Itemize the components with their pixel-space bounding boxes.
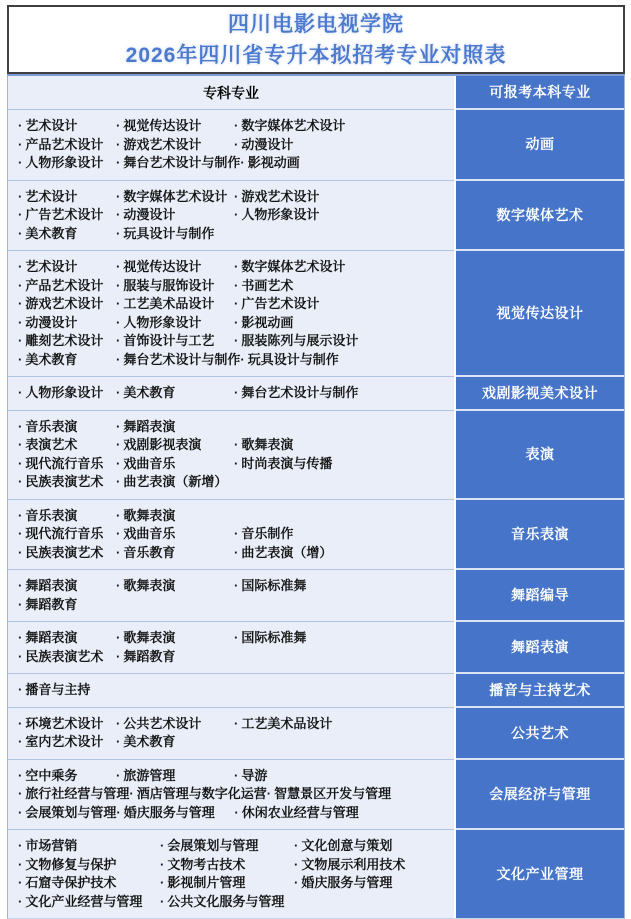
bullet-icon: · <box>234 277 238 296</box>
table-row-specialties: ·空中乘务·旅游管理·导游·旅行社经营与管理·酒店管理与数字化运营·智慧景区开发… <box>8 760 454 831</box>
bullet-icon: · <box>18 733 22 752</box>
specialty-item: ·工艺美术品设计 <box>116 295 234 314</box>
specialty-item: ·数字媒体艺术设计 <box>234 258 345 277</box>
bullet-icon: · <box>18 332 22 351</box>
bullet-icon: · <box>18 544 22 563</box>
specialty-item: ·民族表演艺术 <box>18 544 116 563</box>
table-row-specialties: ·艺术设计·视觉传达设计·数字媒体艺术设计·产品艺术设计·服装与服饰设计·书画艺… <box>8 251 454 377</box>
specialty-item: ·文物考古技术 <box>160 856 294 875</box>
bachelor-major-cell: 舞蹈编导 <box>456 570 624 622</box>
specialty-item: ·动漫设计 <box>116 206 234 225</box>
specialty-item: ·美术教育 <box>18 351 116 370</box>
specialty-item: ·人物形象设计 <box>18 384 116 403</box>
specialty-line: ·产品艺术设计·游戏艺术设计·动漫设计 <box>18 136 450 155</box>
specialty-item: ·服装与服饰设计 <box>116 277 234 296</box>
page-subtitle: 2026年四川省专升本拟招考专业对照表 <box>126 40 507 71</box>
specialty-item: ·雕刻艺术设计 <box>18 332 116 351</box>
bullet-icon: · <box>116 136 120 155</box>
bullet-icon: · <box>240 351 244 370</box>
specialty-line: ·现代流行音乐·戏曲音乐·音乐制作 <box>18 525 450 544</box>
bullet-icon: · <box>116 384 120 403</box>
bullet-icon: · <box>18 648 22 667</box>
specialty-item: ·民族表演艺术 <box>18 648 116 667</box>
specialty-item: ·婚庆服务与管理 <box>294 874 392 893</box>
specialty-line: ·美术教育·玩具设计与制作 <box>18 225 450 244</box>
specialty-item: ·播音与主持 <box>18 681 116 700</box>
bachelor-major-label: 视觉传达设计 <box>497 303 584 323</box>
specialty-line: ·美术教育·舞台艺术设计与制作·玩具设计与制作 <box>18 351 450 370</box>
bullet-icon: · <box>234 295 238 314</box>
bachelor-major-label: 戏剧影视美术设计 <box>482 383 598 403</box>
specialty-line: ·音乐表演·舞蹈表演 <box>18 418 450 437</box>
bullet-icon: · <box>18 874 22 893</box>
specialty-item: ·动漫设计 <box>234 136 293 155</box>
bullet-icon: · <box>234 577 238 596</box>
specialty-item: ·游戏艺术设计 <box>234 188 319 207</box>
bullet-icon: · <box>234 314 238 333</box>
bullet-icon: · <box>116 188 120 207</box>
bullet-icon: · <box>116 577 120 596</box>
specialty-item: ·人物形象设计 <box>116 314 234 333</box>
specialty-item: ·现代流行音乐 <box>18 455 116 474</box>
table-row-specialties: ·人物形象设计·美术教育·舞台艺术设计与制作 <box>8 377 454 411</box>
specialty-item: ·歌舞表演 <box>116 507 234 526</box>
specialty-item: ·环境艺术设计 <box>18 715 116 734</box>
bullet-icon: · <box>160 874 164 893</box>
bullet-icon: · <box>116 804 120 823</box>
specialty-item: ·广告艺术设计 <box>18 206 116 225</box>
bullet-icon: · <box>234 206 238 225</box>
specialty-line: ·石窟寺保护技术·影视制片管理·婚庆服务与管理 <box>18 874 450 893</box>
specialty-item: ·国际标准舞 <box>234 577 306 596</box>
specialty-item: ·会展策划与管理 <box>18 804 116 823</box>
specialty-item: ·表演艺术 <box>18 436 116 455</box>
bachelor-major-label: 公共艺术 <box>511 723 569 743</box>
bullet-icon: · <box>116 418 120 437</box>
specialty-line: ·民族表演艺术·舞蹈教育 <box>18 648 450 667</box>
bullet-icon: · <box>18 295 22 314</box>
bullet-icon: · <box>160 856 164 875</box>
bullet-icon: · <box>18 206 22 225</box>
bullet-icon: · <box>18 314 22 333</box>
specialty-item: ·文化创意与策划 <box>294 837 392 856</box>
bullet-icon: · <box>18 136 22 155</box>
specialty-item: ·艺术设计 <box>18 258 116 277</box>
specialty-item: ·休闲农业经营与管理 <box>234 804 358 823</box>
specialty-item: ·服装陈列与展示设计 <box>234 332 358 351</box>
specialty-item: ·舞蹈教育 <box>116 648 234 667</box>
bachelor-major-label: 舞蹈表演 <box>511 637 569 657</box>
specialty-line: ·表演艺术·戏剧影视表演·歌舞表演 <box>18 436 450 455</box>
bullet-icon: · <box>18 629 22 648</box>
specialty-line: ·艺术设计·视觉传达设计·数字媒体艺术设计 <box>18 117 450 136</box>
table-row-specialties: ·艺术设计·视觉传达设计·数字媒体艺术设计·产品艺术设计·游戏艺术设计·动漫设计… <box>8 110 454 181</box>
specialty-item: ·室内艺术设计 <box>18 733 116 752</box>
specialty-item: ·曲艺表演（增） <box>234 544 332 563</box>
bullet-icon: · <box>294 874 298 893</box>
specialty-item: ·广告艺术设计 <box>234 295 319 314</box>
bullet-icon: · <box>18 596 22 615</box>
specialty-item: ·首饰设计与工艺 <box>116 332 234 351</box>
specialty-item: ·婚庆服务与管理 <box>116 804 234 823</box>
bullet-icon: · <box>294 837 298 856</box>
bullet-icon: · <box>116 351 120 370</box>
specialty-item: ·影视动画 <box>240 154 299 173</box>
bullet-icon: · <box>116 525 120 544</box>
specialty-item: ·市场营销 <box>18 837 160 856</box>
specialty-item: ·公共文化服务与管理 <box>160 893 294 912</box>
bullet-icon: · <box>18 715 22 734</box>
bullet-icon: · <box>234 136 238 155</box>
specialty-line: ·动漫设计·人物形象设计·影视动画 <box>18 314 450 333</box>
bullet-icon: · <box>234 384 238 403</box>
bullet-icon: · <box>18 767 22 786</box>
bachelor-major-cell: 播音与主持艺术 <box>456 674 624 708</box>
specialty-line: ·音乐表演·歌舞表演 <box>18 507 450 526</box>
specialty-item: ·视觉传达设计 <box>116 117 234 136</box>
specialty-line: ·人物形象设计·美术教育·舞台艺术设计与制作 <box>18 384 450 403</box>
bullet-icon: · <box>116 507 120 526</box>
specialty-item: ·时尚表演与传播 <box>234 455 332 474</box>
specialty-item: ·酒店管理与数字化运营 <box>129 785 266 804</box>
bullet-icon: · <box>234 332 238 351</box>
specialty-line: ·雕刻艺术设计·首饰设计与工艺·服装陈列与展示设计 <box>18 332 450 351</box>
bullet-icon: · <box>18 117 22 136</box>
specialty-line: ·播音与主持 <box>18 681 450 700</box>
bullet-icon: · <box>294 856 298 875</box>
bachelor-major-cell: 会展经济与管理 <box>456 760 624 831</box>
specialty-item: ·文物展示利用技术 <box>294 856 405 875</box>
specialty-item: ·舞台艺术设计与制作 <box>116 154 240 173</box>
specialty-item: ·音乐表演 <box>18 418 116 437</box>
bullet-icon: · <box>116 258 120 277</box>
specialty-item: ·文物修复与保护 <box>18 856 160 875</box>
bullet-icon: · <box>129 785 133 804</box>
specialty-item: ·公共艺术设计 <box>116 715 234 734</box>
bullet-icon: · <box>18 837 22 856</box>
specialty-item: ·玩具设计与制作 <box>240 351 338 370</box>
bullet-icon: · <box>234 629 238 648</box>
specialty-item: ·舞蹈教育 <box>18 596 116 615</box>
specialty-item: ·数字媒体艺术设计 <box>116 188 234 207</box>
bullet-icon: · <box>234 436 238 455</box>
specialty-item: ·音乐教育 <box>116 544 234 563</box>
bullet-icon: · <box>116 314 120 333</box>
specialty-line: ·市场营销·会展策划与管理·文化创意与策划 <box>18 837 450 856</box>
bullet-icon: · <box>18 804 22 823</box>
bullet-icon: · <box>18 893 22 912</box>
bullet-icon: · <box>160 893 164 912</box>
bullet-icon: · <box>18 577 22 596</box>
bullet-icon: · <box>18 785 22 804</box>
bachelor-major-cell: 舞蹈表演 <box>456 622 624 674</box>
bullet-icon: · <box>116 225 120 244</box>
specialty-line: ·艺术设计·视觉传达设计·数字媒体艺术设计 <box>18 258 450 277</box>
specialty-line: ·舞蹈表演·歌舞表演·国际标准舞 <box>18 577 450 596</box>
table-row-specialties: ·市场营销·会展策划与管理·文化创意与策划·文物修复与保护·文物考古技术·文物展… <box>8 830 454 918</box>
bullet-icon: · <box>18 473 22 492</box>
title-box: 四川电影电视学院 2026年四川省专升本拟招考专业对照表 <box>7 5 625 74</box>
specialty-item: ·戏曲音乐 <box>116 455 234 474</box>
bullet-icon: · <box>18 507 22 526</box>
specialty-item: ·音乐表演 <box>18 507 116 526</box>
specialty-item: ·空中乘务 <box>18 767 116 786</box>
specialty-item: ·旅游管理 <box>116 767 234 786</box>
specialty-item: ·导游 <box>234 767 267 786</box>
specialty-item: ·国际标准舞 <box>234 629 306 648</box>
bullet-icon: · <box>116 473 120 492</box>
specialty-item: ·产品艺术设计 <box>18 136 116 155</box>
specialty-line: ·文化产业经营与管理·公共文化服务与管理 <box>18 893 450 912</box>
specialty-item: ·人物形象设计 <box>234 206 319 225</box>
specialty-item: ·游戏艺术设计 <box>116 136 234 155</box>
bachelor-major-cell: 动画 <box>456 110 624 181</box>
table-row-specialties: ·艺术设计·数字媒体艺术设计·游戏艺术设计·广告艺术设计·动漫设计·人物形象设计… <box>8 181 454 252</box>
bullet-icon: · <box>18 188 22 207</box>
bullet-icon: · <box>234 455 238 474</box>
page: 四川电影电视学院 2026年四川省专升本拟招考专业对照表 专科专业 可报考本科专… <box>0 0 631 913</box>
bullet-icon: · <box>234 767 238 786</box>
specialty-item: ·艺术设计 <box>18 188 116 207</box>
bullet-icon: · <box>18 525 22 544</box>
bachelor-major-label: 音乐表演 <box>511 524 569 544</box>
bullet-icon: · <box>234 525 238 544</box>
specialty-item: ·视觉传达设计 <box>116 258 234 277</box>
specialty-item: ·美术教育 <box>18 225 116 244</box>
specialty-item: ·舞蹈表演 <box>116 418 234 437</box>
specialty-item: ·舞台艺术设计与制作 <box>116 351 240 370</box>
table-row-specialties: ·音乐表演·歌舞表演·现代流行音乐·戏曲音乐·音乐制作·民族表演艺术·音乐教育·… <box>8 500 454 571</box>
bullet-icon: · <box>116 455 120 474</box>
specialty-line: ·广告艺术设计·动漫设计·人物形象设计 <box>18 206 450 225</box>
specialty-line: ·舞蹈表演·歌舞表演·国际标准舞 <box>18 629 450 648</box>
specialty-item: ·智慧景区开发与管理 <box>267 785 391 804</box>
specialty-item: ·舞蹈表演 <box>18 577 116 596</box>
bullet-icon: · <box>116 295 120 314</box>
bullet-icon: · <box>160 837 164 856</box>
bachelor-major-label: 舞蹈编导 <box>511 585 569 605</box>
specialty-line: ·民族表演艺术·音乐教育·曲艺表演（增） <box>18 544 450 563</box>
bullet-icon: · <box>116 277 120 296</box>
specialty-item: ·舞台艺术设计与制作 <box>234 384 358 403</box>
bullet-icon: · <box>18 418 22 437</box>
specialty-item: ·美术教育 <box>116 384 234 403</box>
specialty-item: ·工艺美术品设计 <box>234 715 332 734</box>
specialty-item: ·石窟寺保护技术 <box>18 874 160 893</box>
specialty-item: ·美术教育 <box>116 733 234 752</box>
bullet-icon: · <box>18 681 22 700</box>
table-row-specialties: ·播音与主持 <box>8 674 454 708</box>
bullet-icon: · <box>234 804 238 823</box>
table-row-specialties: ·舞蹈表演·歌舞表演·国际标准舞·舞蹈教育 <box>8 570 454 622</box>
column-header-specialty-label: 专科专业 <box>203 83 259 103</box>
majors-table: 专科专业 可报考本科专业 ·艺术设计·视觉传达设计·数字媒体艺术设计·产品艺术设… <box>7 74 625 919</box>
specialty-item: ·产品艺术设计 <box>18 277 116 296</box>
bullet-icon: · <box>116 436 120 455</box>
specialty-line: ·舞蹈教育 <box>18 596 450 615</box>
specialty-item: ·戏曲音乐 <box>116 525 234 544</box>
bullet-icon: · <box>116 154 120 173</box>
bullet-icon: · <box>18 225 22 244</box>
specialty-item: ·舞蹈表演 <box>18 629 116 648</box>
bullet-icon: · <box>116 629 120 648</box>
bachelor-major-cell: 公共艺术 <box>456 708 624 760</box>
table-row-specialties: ·环境艺术设计·公共艺术设计·工艺美术品设计·室内艺术设计·美术教育 <box>8 708 454 760</box>
specialty-item: ·歌舞表演 <box>116 629 234 648</box>
bullet-icon: · <box>234 258 238 277</box>
bullet-icon: · <box>116 544 120 563</box>
bullet-icon: · <box>234 715 238 734</box>
specialty-item: ·游戏艺术设计 <box>18 295 116 314</box>
bullet-icon: · <box>18 384 22 403</box>
table-row-specialties: ·舞蹈表演·歌舞表演·国际标准舞·民族表演艺术·舞蹈教育 <box>8 622 454 674</box>
page-title: 四川电影电视学院 <box>228 9 404 40</box>
specialty-item: ·曲艺表演（新增） <box>116 473 234 492</box>
specialty-line: ·旅行社经营与管理·酒店管理与数字化运营·智慧景区开发与管理 <box>18 785 450 804</box>
specialty-item: ·音乐制作 <box>234 525 293 544</box>
specialty-item: ·数字媒体艺术设计 <box>234 117 345 136</box>
bachelor-major-label: 会展经济与管理 <box>489 784 591 804</box>
specialty-line: ·空中乘务·旅游管理·导游 <box>18 767 450 786</box>
bullet-icon: · <box>18 436 22 455</box>
specialty-line: ·文物修复与保护·文物考古技术·文物展示利用技术 <box>18 856 450 875</box>
table-row-specialties: ·音乐表演·舞蹈表演·表演艺术·戏剧影视表演·歌舞表演·现代流行音乐·戏曲音乐·… <box>8 411 454 500</box>
bachelor-major-label: 文化产业管理 <box>497 864 584 884</box>
specialty-line: ·室内艺术设计·美术教育 <box>18 733 450 752</box>
bullet-icon: · <box>116 206 120 225</box>
bullet-icon: · <box>267 785 271 804</box>
specialty-item: ·书画艺术 <box>234 277 293 296</box>
specialty-item: ·歌舞表演 <box>234 436 293 455</box>
specialty-item: ·民族表演艺术 <box>18 473 116 492</box>
bachelor-major-cell: 视觉传达设计 <box>456 251 624 377</box>
column-header-bachelor: 可报考本科专业 <box>456 76 624 110</box>
specialty-line: ·民族表演艺术·曲艺表演（新增） <box>18 473 450 492</box>
bachelor-major-cell: 数字媒体艺术 <box>456 181 624 252</box>
bachelor-major-cell: 表演 <box>456 411 624 500</box>
specialty-item: ·人物形象设计 <box>18 154 116 173</box>
bachelor-major-label: 播音与主持艺术 <box>489 680 591 700</box>
bullet-icon: · <box>116 767 120 786</box>
bullet-icon: · <box>18 856 22 875</box>
bachelor-major-label: 数字媒体艺术 <box>497 205 584 225</box>
bachelor-major-cell: 戏剧影视美术设计 <box>456 377 624 411</box>
bullet-icon: · <box>116 117 120 136</box>
specialty-item: ·戏剧影视表演 <box>116 436 234 455</box>
bullet-icon: · <box>116 648 120 667</box>
bullet-icon: · <box>18 455 22 474</box>
specialty-line: ·现代流行音乐·戏曲音乐·时尚表演与传播 <box>18 455 450 474</box>
specialty-line: ·人物形象设计·舞台艺术设计与制作·影视动画 <box>18 154 450 173</box>
bachelor-major-label: 动画 <box>526 134 555 154</box>
bullet-icon: · <box>18 258 22 277</box>
bullet-icon: · <box>18 154 22 173</box>
bullet-icon: · <box>116 332 120 351</box>
specialty-item: ·会展策划与管理 <box>160 837 294 856</box>
specialty-item: ·玩具设计与制作 <box>116 225 234 244</box>
bachelor-major-cell: 文化产业管理 <box>456 830 624 918</box>
bullet-icon: · <box>234 117 238 136</box>
column-header-bachelor-label: 可报考本科专业 <box>489 82 591 102</box>
bullet-icon: · <box>234 544 238 563</box>
specialty-item: ·影视制片管理 <box>160 874 294 893</box>
bullet-icon: · <box>18 277 22 296</box>
bullet-icon: · <box>116 733 120 752</box>
specialty-item: ·歌舞表演 <box>116 577 234 596</box>
bullet-icon: · <box>116 715 120 734</box>
bullet-icon: · <box>234 188 238 207</box>
specialty-item: ·影视动画 <box>234 314 293 333</box>
bachelor-major-label: 表演 <box>526 444 555 464</box>
specialty-line: ·环境艺术设计·公共艺术设计·工艺美术品设计 <box>18 715 450 734</box>
bullet-icon: · <box>18 351 22 370</box>
specialty-line: ·艺术设计·数字媒体艺术设计·游戏艺术设计 <box>18 188 450 207</box>
specialty-line: ·产品艺术设计·服装与服饰设计·书画艺术 <box>18 277 450 296</box>
specialty-item: ·文化产业经营与管理 <box>18 893 160 912</box>
bullet-icon: · <box>240 154 244 173</box>
specialty-item: ·旅行社经营与管理 <box>18 785 129 804</box>
specialty-item: ·艺术设计 <box>18 117 116 136</box>
column-header-specialty: 专科专业 <box>8 76 454 110</box>
specialty-line: ·游戏艺术设计·工艺美术品设计·广告艺术设计 <box>18 295 450 314</box>
bachelor-major-cell: 音乐表演 <box>456 500 624 571</box>
specialty-line: ·会展策划与管理·婚庆服务与管理·休闲农业经营与管理 <box>18 804 450 823</box>
specialty-item: ·现代流行音乐 <box>18 525 116 544</box>
specialty-item: ·动漫设计 <box>18 314 116 333</box>
